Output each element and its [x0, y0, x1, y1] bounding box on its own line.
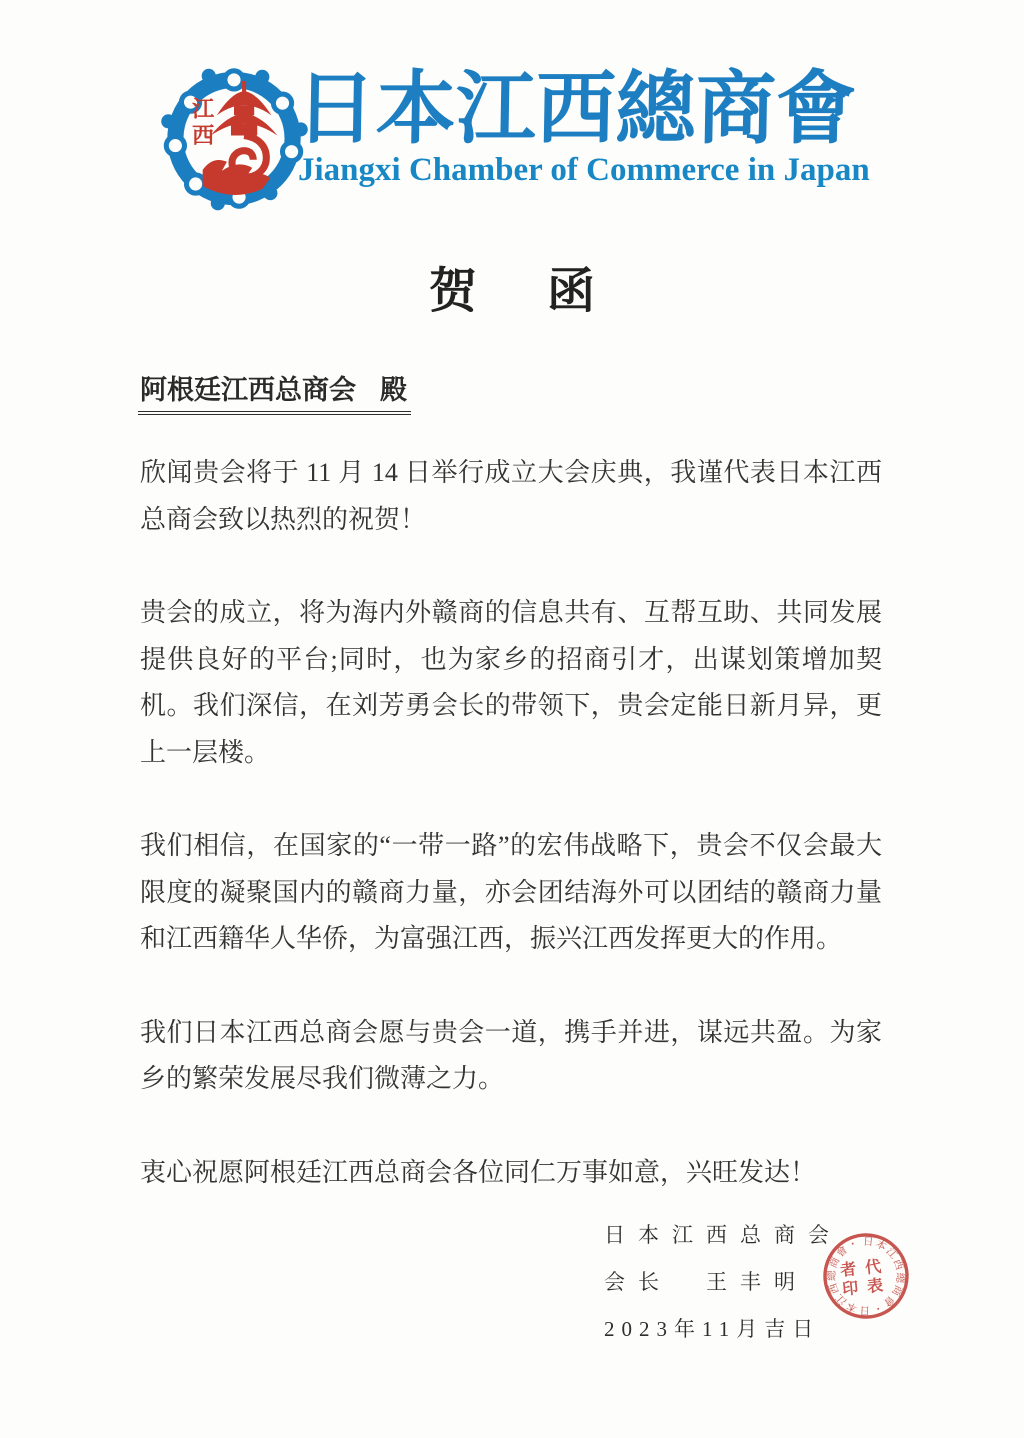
org-name-calligraphy: 日本江西總商會: [295, 42, 889, 160]
paragraph-5: 衷心祝愿阿根廷江西总商会各位同仁万事如意，兴旺发达！: [140, 1150, 882, 1197]
paragraph-1: 欣闻贵会将于 11 月 14 日举行成立大会庆典，我谨代表日本江西总商会致以热烈…: [140, 450, 882, 543]
title-char-1: 贺: [429, 252, 477, 321]
title-char-2: 函: [547, 252, 595, 321]
recipient-line: 阿根廷江西总商会殿: [138, 368, 411, 415]
seal-center-right-text: 代表: [862, 1257, 884, 1298]
logo-seal-text: 江西: [189, 97, 214, 150]
letter-title: 贺 函: [0, 252, 1024, 321]
recipient-name: 阿根廷江西总商会: [140, 375, 356, 405]
company-seal-stamp: 日本江西總商會・日本江西總商會・ 代表 者印: [815, 1225, 916, 1326]
paragraph-4: 我们日本江西总商会愿与贵会一道，携手并进，谋远共盈。为家乡的繁荣发展尽我们微薄之…: [140, 1010, 882, 1103]
org-name-english: Jiangxi Chamber of Commerce in Japan: [298, 152, 888, 189]
paragraph-3: 我们相信，在国家的“一带一路”的宏伟战略下，贵会不仅会最大限度的凝聚国内的赣商力…: [140, 823, 882, 963]
letter-page: 江西 日本江西總商會 Jiangxi Chamber of Commerce i…: [0, 0, 1024, 1438]
letter-body: 欣闻贵会将于 11 月 14 日举行成立大会庆典，我谨代表日本江西总商会致以热烈…: [140, 450, 882, 1243]
recipient-honorific: 殿: [380, 375, 407, 405]
seal-center-left-text: 者印: [837, 1260, 859, 1300]
paragraph-2: 贵会的成立，将为海内外赣商的信息共有、互帮互助、共同发展提供良好的平台;同时，也…: [140, 590, 882, 776]
